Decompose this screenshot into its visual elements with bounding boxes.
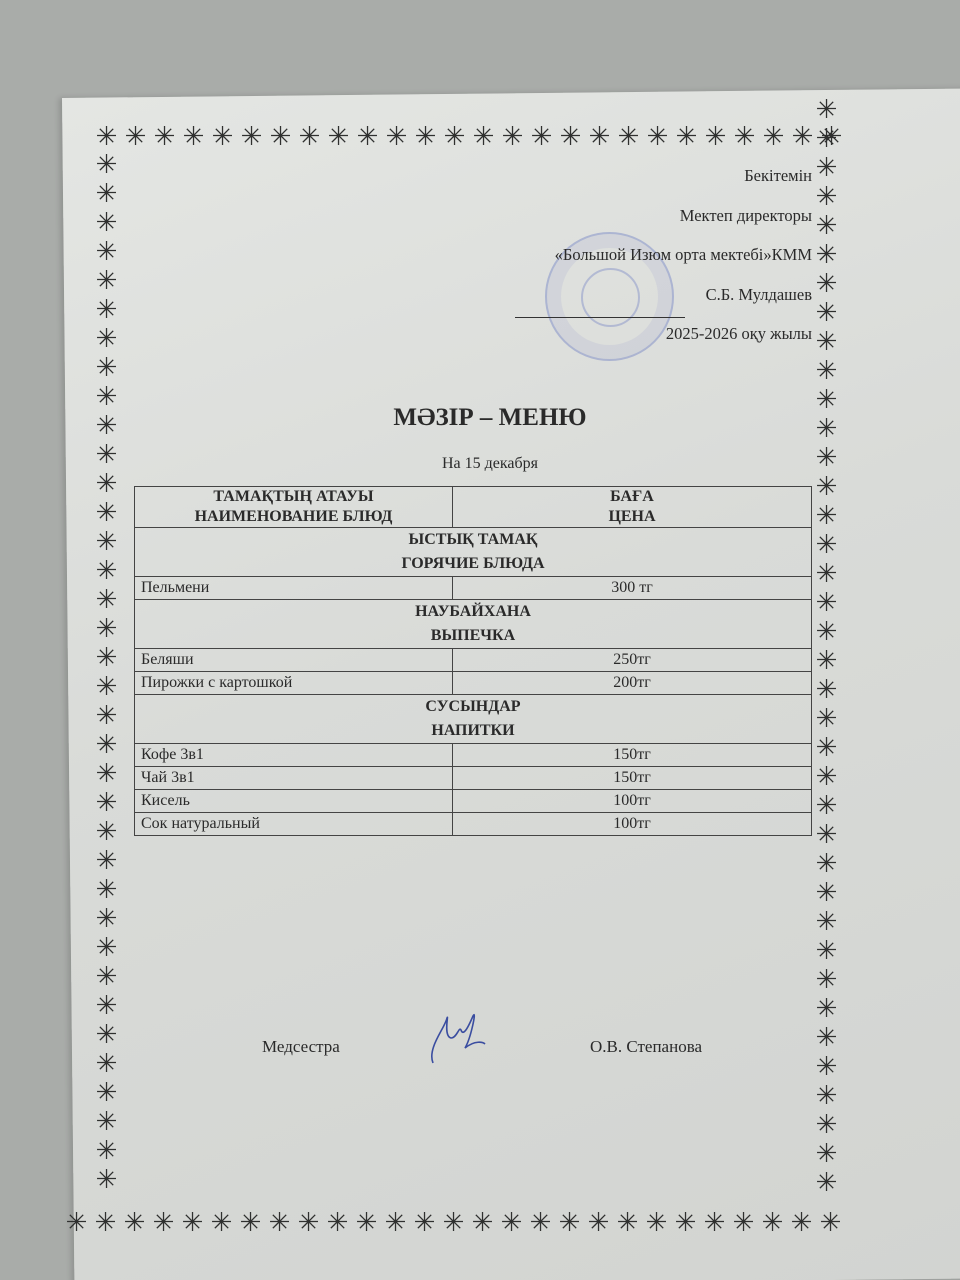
star-ornament-icon: ✳ [120,1208,149,1237]
star-ornament-icon: ✳ [555,1208,584,1237]
star-ornament-icon: ✳ [295,122,324,151]
header-name: ТАМАҚТЫҢ АТАУЫНАИМЕНОВАНИЕ БЛЮД [135,487,453,528]
star-ornament-icon: ✳ [92,904,121,933]
star-ornament-icon: ✳ [812,588,841,617]
star-ornament-icon: ✳ [92,788,121,817]
star-ornament-icon: ✳ [439,1208,468,1237]
section-header: НАУБАЙХАНАВЫПЕЧКА [135,600,812,649]
star-ornament-icon: ✳ [812,1052,841,1081]
star-ornament-icon: ✳ [812,153,841,182]
star-ornament-icon: ✳ [812,617,841,646]
table-row: Пирожки с картошкой200тг [135,672,812,695]
star-ornament-icon: ✳ [266,122,295,151]
star-ornament-icon: ✳ [92,614,121,643]
star-ornament-icon: ✳ [700,1208,729,1237]
approval-year: 2025-2026 оқу жылы [555,326,812,344]
dish-name: Кисель [135,790,453,813]
star-ornament-icon: ✳ [812,530,841,559]
star-ornament-icon: ✳ [812,501,841,530]
nurse-role: Медсестра [262,1037,340,1057]
dish-name: Чай 3в1 [135,767,453,790]
star-ornament-icon: ✳ [812,762,841,791]
dish-name: Беляши [135,649,453,672]
star-ornament-icon: ✳ [92,266,121,295]
section-title: ЫСТЫҚ ТАМАҚГОРЯЧИЕ БЛЮДА [135,528,812,577]
star-ornament-icon: ✳ [812,791,841,820]
star-ornament-icon: ✳ [440,122,469,151]
star-ornament-icon: ✳ [410,1208,439,1237]
star-ornament-icon: ✳ [498,122,527,151]
approval-approve: Бекітемін [555,168,812,186]
dish-price: 100тг [453,813,812,836]
star-ornament-icon: ✳ [382,122,411,151]
star-ornament-icon: ✳ [812,1139,841,1168]
star-ornament-icon: ✳ [92,208,121,237]
ornament-border-top: ✳✳✳✳✳✳✳✳✳✳✳✳✳✳✳✳✳✳✳✳✳✳✳✳✳✳ [92,122,846,151]
star-ornament-icon: ✳ [91,1208,120,1237]
star-ornament-icon: ✳ [353,122,382,151]
section-title: СУСЫНДАРНАПИТКИ [135,695,812,744]
star-ornament-icon: ✳ [352,1208,381,1237]
star-ornament-icon: ✳ [381,1208,410,1237]
star-ornament-icon: ✳ [816,1208,845,1237]
menu-date: На 15 декабря [0,455,960,473]
table-row: Сок натуральный100тг [135,813,812,836]
star-ornament-icon: ✳ [812,907,841,936]
star-ornament-icon: ✳ [758,1208,787,1237]
star-ornament-icon: ✳ [812,878,841,907]
star-ornament-icon: ✳ [236,1208,265,1237]
star-ornament-icon: ✳ [411,122,440,151]
dish-name: Сок натуральный [135,813,453,836]
star-ornament-icon: ✳ [324,122,353,151]
star-ornament-icon: ✳ [812,95,841,124]
star-ornament-icon: ✳ [812,298,841,327]
approval-director: С.Б. Мулдашев [555,287,812,305]
section-title: НАУБАЙХАНАВЫПЕЧКА [135,600,812,649]
star-ornament-icon: ✳ [92,150,121,179]
star-ornament-icon: ✳ [812,559,841,588]
ornament-border-left: ✳✳✳✳✳✳✳✳✳✳✳✳✳✳✳✳✳✳✳✳✳✳✳✳✳✳✳✳✳✳✳✳✳✳✳✳ [92,150,121,1194]
star-ornament-icon: ✳ [92,179,121,208]
star-ornament-icon: ✳ [812,936,841,965]
star-ornament-icon: ✳ [556,122,585,151]
star-ornament-icon: ✳ [92,122,121,151]
star-ornament-icon: ✳ [92,1107,121,1136]
dish-price: 150тг [453,767,812,790]
star-ornament-icon: ✳ [812,646,841,675]
star-ornament-icon: ✳ [92,527,121,556]
table-row: Беляши250тг [135,649,812,672]
star-ornament-icon: ✳ [812,1023,841,1052]
dish-name: Пирожки с картошкой [135,672,453,695]
star-ornament-icon: ✳ [730,122,759,151]
star-ornament-icon: ✳ [672,122,701,151]
star-ornament-icon: ✳ [92,295,121,324]
star-ornament-icon: ✳ [812,182,841,211]
star-ornament-icon: ✳ [62,1208,91,1237]
star-ornament-icon: ✳ [92,817,121,846]
dish-name: Кофе 3в1 [135,744,453,767]
approval-role: Мектеп директоры [555,208,812,226]
section-header: ЫСТЫҚ ТАМАҚГОРЯЧИЕ БЛЮДА [135,528,812,577]
star-ornament-icon: ✳ [150,122,179,151]
star-ornament-icon: ✳ [614,122,643,151]
star-ornament-icon: ✳ [812,327,841,356]
star-ornament-icon: ✳ [812,704,841,733]
star-ornament-icon: ✳ [497,1208,526,1237]
star-ornament-icon: ✳ [92,846,121,875]
dish-name: Пельмени [135,577,453,600]
star-ornament-icon: ✳ [526,1208,555,1237]
star-ornament-icon: ✳ [812,965,841,994]
approval-block: Бекітемін Мектеп директоры «Большой Изюм… [555,168,812,366]
menu-table: ТАМАҚТЫҢ АТАУЫНАИМЕНОВАНИЕ БЛЮД БАҒАЦЕНА… [134,486,812,836]
star-ornament-icon: ✳ [701,122,730,151]
dish-price: 100тг [453,790,812,813]
star-ornament-icon: ✳ [812,1168,841,1197]
star-ornament-icon: ✳ [92,701,121,730]
star-ornament-icon: ✳ [121,122,150,151]
star-ornament-icon: ✳ [92,730,121,759]
star-ornament-icon: ✳ [812,211,841,240]
star-ornament-icon: ✳ [812,994,841,1023]
star-ornament-icon: ✳ [92,469,121,498]
dish-price: 200тг [453,672,812,695]
star-ornament-icon: ✳ [812,1081,841,1110]
star-ornament-icon: ✳ [92,933,121,962]
star-ornament-icon: ✳ [237,122,266,151]
star-ornament-icon: ✳ [92,585,121,614]
table-row: Кофе 3в1150тг [135,744,812,767]
star-ornament-icon: ✳ [92,962,121,991]
star-ornament-icon: ✳ [527,122,556,151]
star-ornament-icon: ✳ [92,1049,121,1078]
star-ornament-icon: ✳ [92,1165,121,1194]
star-ornament-icon: ✳ [468,1208,497,1237]
star-ornament-icon: ✳ [92,672,121,701]
star-ornament-icon: ✳ [812,849,841,878]
star-ornament-icon: ✳ [178,1208,207,1237]
star-ornament-icon: ✳ [92,991,121,1020]
table-row: Чай 3в1150тг [135,767,812,790]
star-ornament-icon: ✳ [323,1208,352,1237]
star-ornament-icon: ✳ [812,269,841,298]
star-ornament-icon: ✳ [642,1208,671,1237]
dish-price: 300 тг [453,577,812,600]
star-ornament-icon: ✳ [643,122,672,151]
star-ornament-icon: ✳ [812,820,841,849]
nurse-name: О.В. Степанова [590,1037,702,1057]
star-ornament-icon: ✳ [207,1208,236,1237]
star-ornament-icon: ✳ [92,237,121,266]
star-ornament-icon: ✳ [671,1208,700,1237]
star-ornament-icon: ✳ [787,1208,816,1237]
star-ornament-icon: ✳ [584,1208,613,1237]
star-ornament-icon: ✳ [585,122,614,151]
star-ornament-icon: ✳ [92,324,121,353]
star-ornament-icon: ✳ [92,759,121,788]
star-ornament-icon: ✳ [812,733,841,762]
star-ornament-icon: ✳ [92,498,121,527]
star-ornament-icon: ✳ [92,1078,121,1107]
ornament-border-right: ✳✳✳✳✳✳✳✳✳✳✳✳✳✳✳✳✳✳✳✳✳✳✳✳✳✳✳✳✳✳✳✳✳✳✳✳✳✳ [812,95,841,1197]
table-row: Кисель100тг [135,790,812,813]
dish-price: 250тг [453,649,812,672]
star-ornament-icon: ✳ [179,122,208,151]
star-ornament-icon: ✳ [294,1208,323,1237]
table-header: ТАМАҚТЫҢ АТАУЫНАИМЕНОВАНИЕ БЛЮД БАҒАЦЕНА [135,487,812,528]
star-ornament-icon: ✳ [92,1136,121,1165]
star-ornament-icon: ✳ [613,1208,642,1237]
star-ornament-icon: ✳ [92,875,121,904]
star-ornament-icon: ✳ [92,1020,121,1049]
star-ornament-icon: ✳ [92,556,121,585]
star-ornament-icon: ✳ [729,1208,758,1237]
star-ornament-icon: ✳ [92,353,121,382]
star-ornament-icon: ✳ [92,643,121,672]
star-ornament-icon: ✳ [149,1208,178,1237]
star-ornament-icon: ✳ [812,240,841,269]
star-ornament-icon: ✳ [208,122,237,151]
star-ornament-icon: ✳ [812,124,841,153]
star-ornament-icon: ✳ [812,675,841,704]
star-ornament-icon: ✳ [812,1110,841,1139]
star-ornament-icon: ✳ [265,1208,294,1237]
nurse-signature [425,1008,495,1068]
section-header: СУСЫНДАРНАПИТКИ [135,695,812,744]
approval-school: «Большой Изюм орта мектебі»КММ [555,247,812,265]
dish-price: 150тг [453,744,812,767]
star-ornament-icon: ✳ [759,122,788,151]
page-title: МӘЗІР – МЕНЮ [0,404,960,432]
header-price: БАҒАЦЕНА [453,487,812,528]
ornament-border-bottom: ✳✳✳✳✳✳✳✳✳✳✳✳✳✳✳✳✳✳✳✳✳✳✳✳✳✳✳ [62,1208,845,1237]
star-ornament-icon: ✳ [812,356,841,385]
star-ornament-icon: ✳ [469,122,498,151]
table-row: Пельмени300 тг [135,577,812,600]
star-ornament-icon: ✳ [812,472,841,501]
